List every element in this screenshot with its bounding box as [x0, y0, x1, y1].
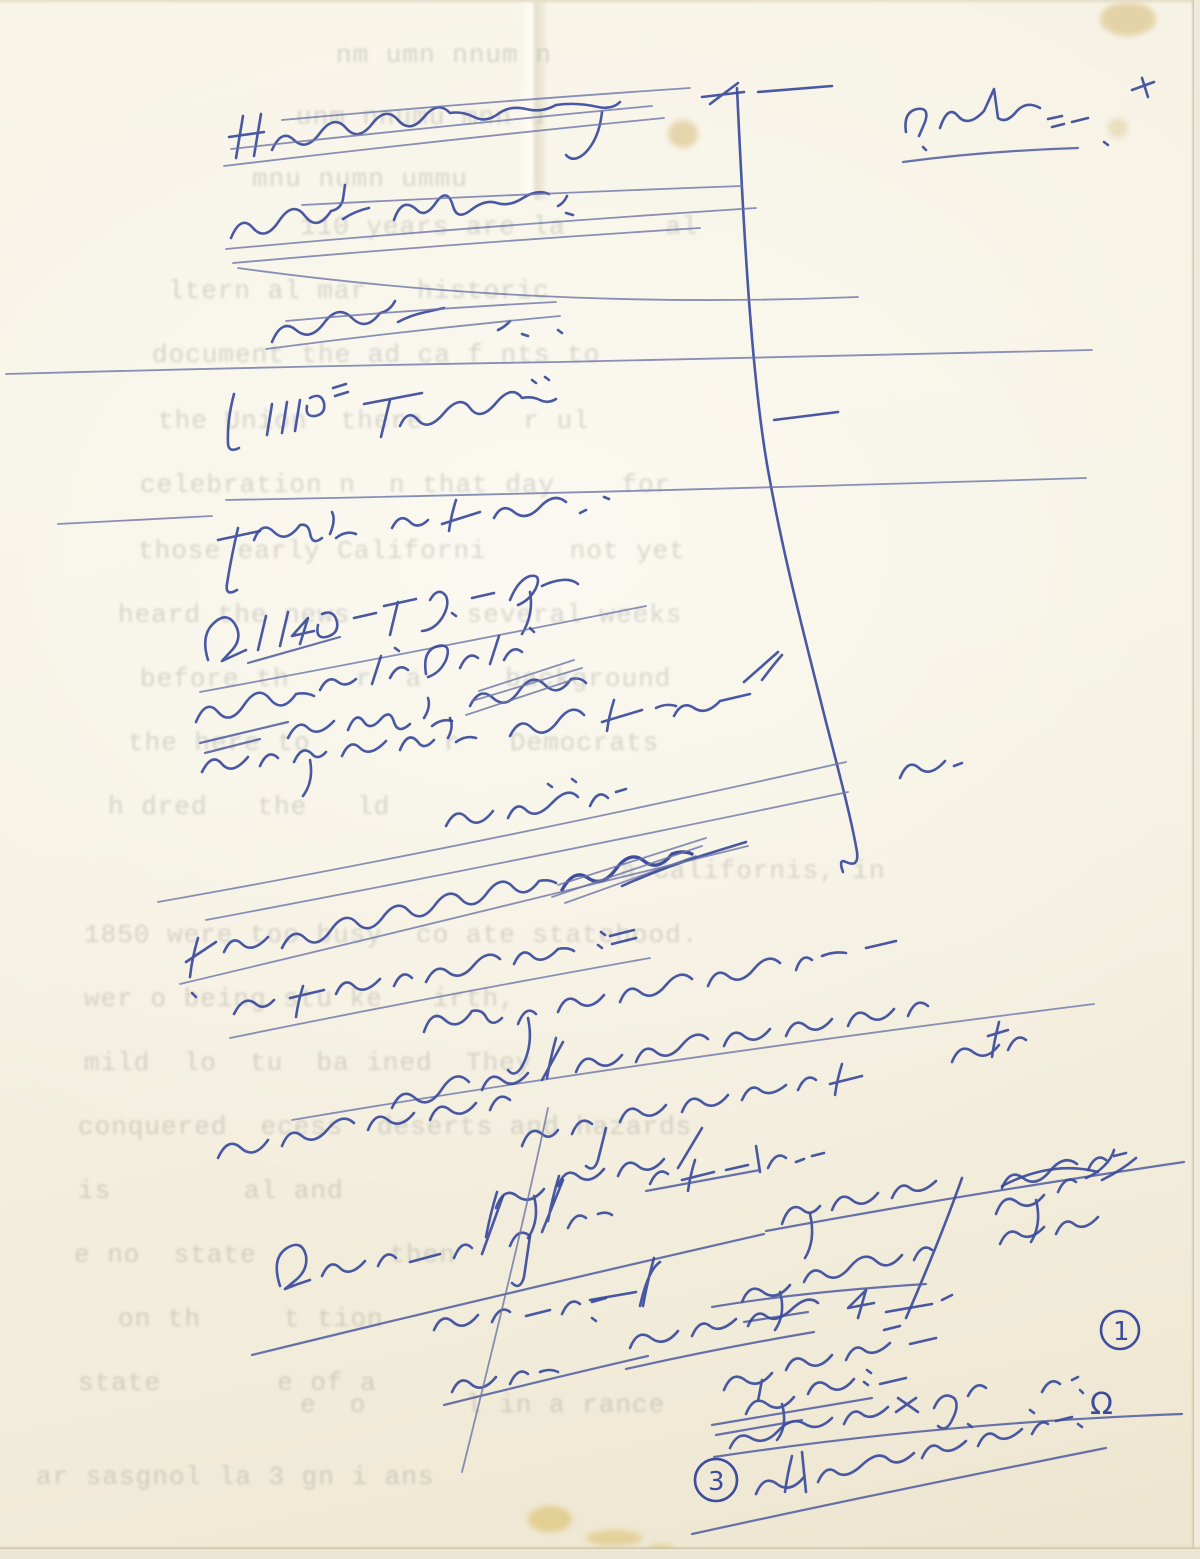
handwritten-thinkin-phoneit: [724, 1326, 936, 1401]
handwritten-rhre-lanben: [626, 1290, 952, 1369]
handwritten-hard-boyle-garden: [292, 941, 1094, 1120]
handwritten-word-stretch-struck: [6, 301, 1092, 374]
handwritten-openleis: [712, 1370, 906, 1440]
handwriting-ink-layer: 1 Ω 3: [0, 0, 1200, 1559]
circled-number-1-glyph: 1: [1113, 1317, 1130, 1347]
handwritten-word-110th-thinning: [226, 377, 1086, 500]
handwritten-word-jeffeum: [903, 78, 1154, 162]
short-slash-stroke: [906, 1178, 962, 1318]
long-vertical-curve-stroke: [737, 88, 857, 872]
paper-top-edge: [0, 0, 1200, 4]
paper-right-margin: [1194, 0, 1200, 1559]
long-diagonal-stroke: [462, 1108, 548, 1472]
handwritten-word-gratitude-penci-struck: [226, 185, 858, 300]
handwritten-ph-limbs: [996, 1150, 1136, 1242]
handwritten-word-du-1740-tj: [200, 576, 646, 692]
paper-right-edge: [1191, 0, 1194, 1559]
manuscript-page: nm umn nnum nunm nnumu mnn umnu numn umm…: [0, 0, 1200, 1559]
circled-number-3-glyph: 3: [708, 1467, 725, 1497]
circled-number-1: 1: [1101, 1311, 1139, 1349]
handwritten-lucy-sweden: [590, 1217, 1098, 1330]
paper-bottom-edge: [0, 1546, 1200, 1549]
handwritten-card-est-loops: [252, 1176, 764, 1355]
handwritten-not-terms-decision: [230, 930, 650, 1038]
handwritten-est-ael: [434, 1258, 660, 1405]
paper-bottom-margin: [0, 1549, 1200, 1559]
handwritten-human-cluster: [196, 628, 962, 826]
